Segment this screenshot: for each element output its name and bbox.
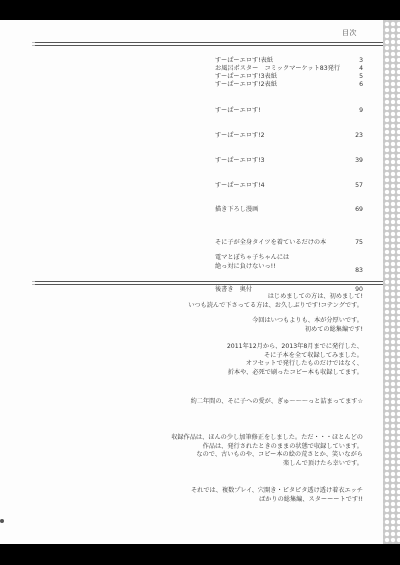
toc-item: そに子が全身タイツを着ているだけの本 75 — [215, 239, 363, 247]
toc-item-page: 5 — [359, 73, 363, 81]
toc-item: すーぱーエロす!表紙 3 — [215, 57, 363, 65]
intro-paragraph: 今回はいつもよりも、本が分厚いです。 初めての総集編です! — [252, 317, 363, 334]
toc-item-page: 75 — [355, 239, 363, 247]
toc-item: すーぱーエロす!3 39 — [215, 157, 363, 165]
toc-item-page: 69 — [355, 206, 363, 214]
intro-paragraph: はじめましての方は、初めまして! いつも読んで下さってる方は、お久しぶりです!コ… — [188, 293, 363, 310]
middle-double-rule — [35, 281, 383, 285]
top-double-rule — [35, 42, 383, 46]
toc-item-title: 描き下ろし漫画 — [215, 206, 258, 214]
toc-item: すーぱーエロす!2 23 — [215, 132, 363, 140]
toc-item-page: 57 — [355, 182, 363, 190]
toc-item-title: すーぱーエロす!2 — [215, 132, 265, 140]
toc-item-title: すーぱーエロす!4 — [215, 182, 265, 190]
toc-item-title: すーぱーエロす!3表紙 — [215, 73, 277, 81]
toc-item-page: 4 — [359, 65, 363, 73]
intro-paragraph: それでは、複数プレイ、穴開き・ピタピタ透け透け着衣エッチ ばかりの総集編、スター… — [191, 487, 363, 504]
toc-item-page: 6 — [359, 81, 363, 89]
toc-item-page: 23 — [355, 132, 363, 140]
toc-item: 描き下ろし漫画 69 — [215, 206, 363, 214]
polka-dot-border — [383, 20, 400, 544]
toc-item-title: そに子が全身タイツを着ているだけの本 — [215, 239, 326, 247]
toc-item: お風呂ポスター コミックマーケット83発行 4 — [215, 65, 363, 73]
intro-paragraph: 収録作品は、ほんの少し加筆修正をしました。ただ・・・ほとんどの 作品は、発行され… — [171, 434, 363, 468]
toc-item-page: 39 — [355, 157, 363, 165]
toc-item-title: お風呂ポスター コミックマーケット83発行 — [215, 65, 340, 73]
toc-item: すーぱーエロす!4 57 — [215, 182, 363, 190]
registration-mark — [0, 519, 4, 523]
toc-item-title: すーぱーエロす! — [215, 107, 261, 115]
toc-item-page: 83 — [355, 267, 363, 275]
toc-item: 電マとぽちゃ子ちゃんには 絶っ対に負けないっ!! 83 — [215, 254, 363, 274]
toc-item-title: 電マとぽちゃ子ちゃんには 絶っ対に負けないっ!! — [215, 254, 289, 271]
intro-paragraph: 約二年間の、そに子への愛が、ぎゅ～～～っと詰まってます☆ — [191, 398, 363, 407]
toc-item: すーぱーエロす!2表紙 6 — [215, 81, 363, 89]
toc-item-page: 9 — [359, 107, 363, 115]
toc-item-title: すーぱーエロす!2表紙 — [215, 81, 277, 89]
toc-item-page: 3 — [359, 57, 363, 65]
toc-item: すーぱーエロす!3表紙 5 — [215, 73, 363, 81]
toc-item: すーぱーエロす! 9 — [215, 107, 363, 115]
page-title: 目次 — [342, 28, 357, 38]
document-page: 目次 すーぱーエロす!表紙 3 お風呂ポスター コミックマーケット83発行 4 … — [0, 20, 400, 544]
toc-item-title: すーぱーエロす!3 — [215, 157, 265, 165]
toc-item-title: すーぱーエロす!表紙 — [215, 57, 273, 65]
intro-paragraph: 2011年12月から、2013年8月までに発行した、 そに子本を全て収録してみま… — [227, 343, 363, 377]
